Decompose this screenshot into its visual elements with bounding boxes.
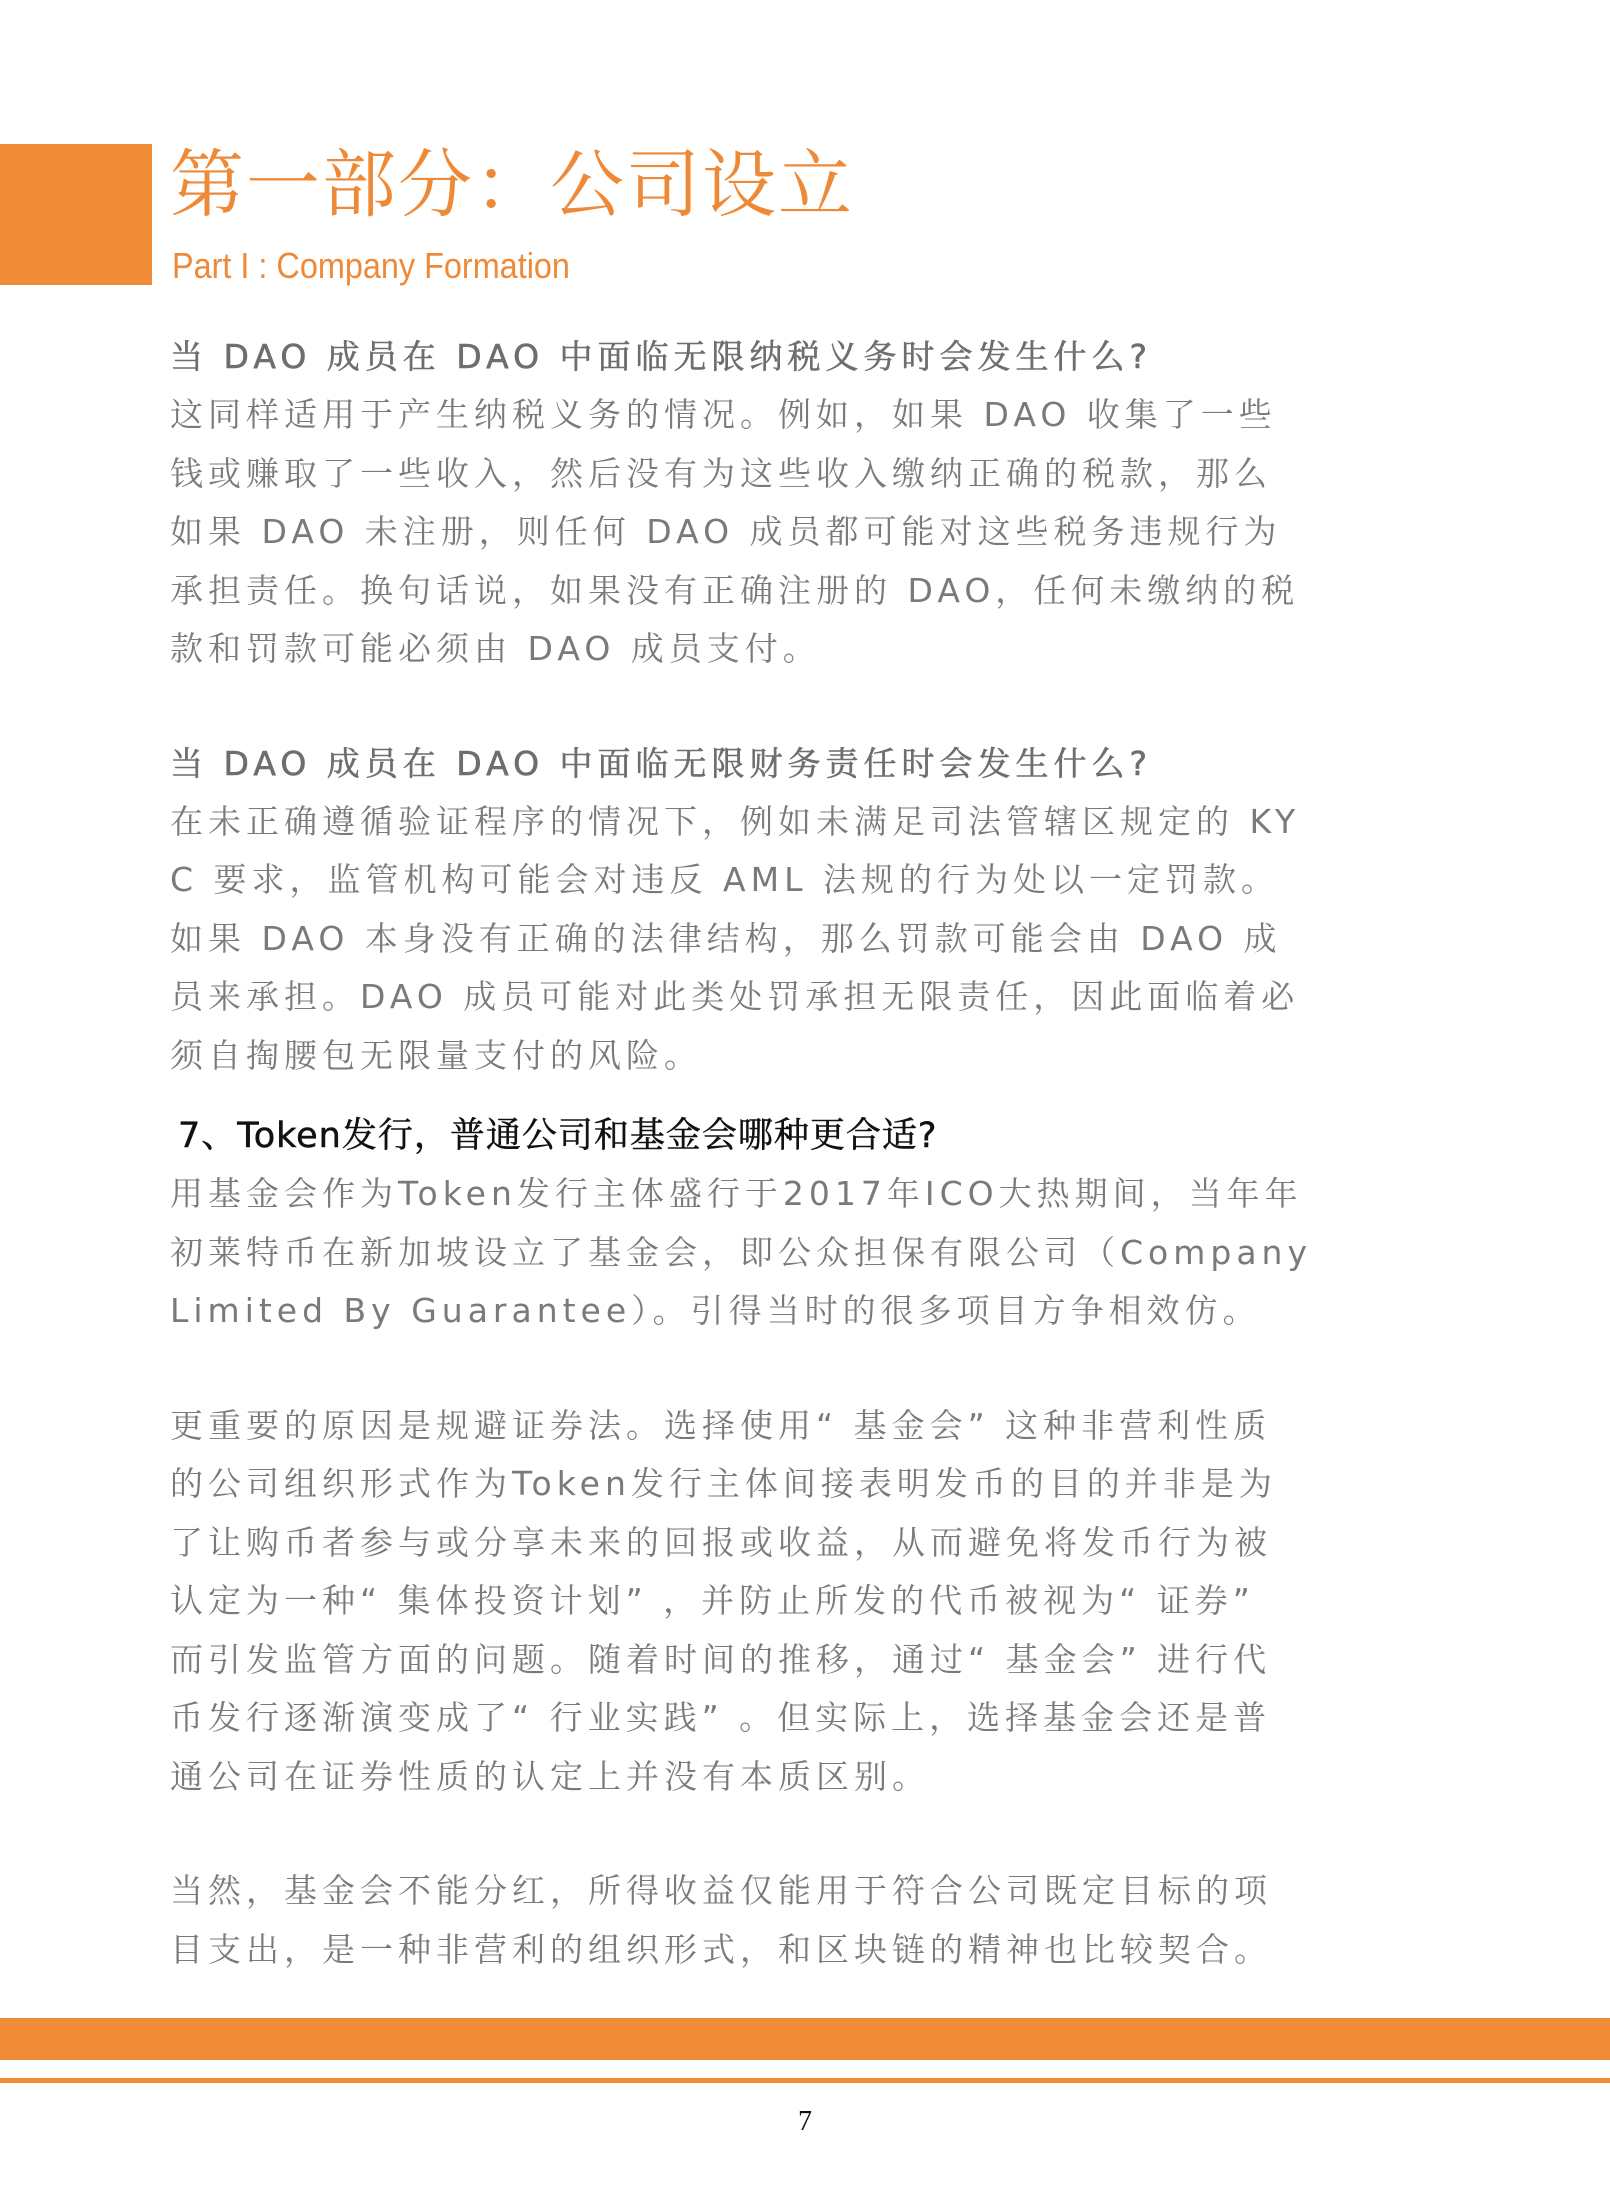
text-line: 的公司组织形式作为Token发行主体间接表明发币的目的并非是为 [170,1455,1470,1514]
paragraph-tax: 这同样适用于产生纳税义务的情况。例如，如果 DAO 收集了一些 钱或赚取了一些收… [170,386,1470,679]
text-line: 了让购币者参与或分享未来的回报或收益，从而避免将发币行为被 [170,1514,1470,1573]
text-line: 认定为一种“ 集体投资计划” ，并防止所发的代币被视为“ 证券” [170,1572,1470,1631]
text-line: Limited By Guarantee）。引得当时的很多项目方争相效仿。 [170,1282,1470,1341]
text-line: 目支出，是一种非营利的组织形式，和区块链的精神也比较契合。 [170,1921,1470,1980]
text-line: 钱或赚取了一些收入，然后没有为这些收入缴纳正确的税款，那么 [170,445,1470,504]
text-line: 在未正确遵循验证程序的情况下，例如未满足司法管辖区规定的 KY [170,793,1470,852]
footer-divider [0,2078,1610,2083]
text-line: 如果 DAO 本身没有正确的法律结构，那么罚款可能会由 DAO 成 [170,910,1470,969]
page-subtitle: Part I : Company Formation [172,244,570,288]
text-line: 初莱特币在新加坡设立了基金会，即公众担保有限公司（Company [170,1224,1470,1283]
text-line: C 要求，监管机构可能会对违反 AML 法规的行为处以一定罚款。 [170,851,1470,910]
paragraph-7-2: 更重要的原因是规避证券法。选择使用“ 基金会” 这种非营利性质 的公司组织形式作… [170,1397,1470,1807]
document-body: 当 DAO 成员在 DAO 中面临无限纳税义务时会发生什么? 这同样适用于产生纳… [170,328,1470,1979]
text-line: 而引发监管方面的问题。随着时间的推移，通过“ 基金会” 进行代 [170,1631,1470,1690]
text-line: 款和罚款可能必须由 DAO 成员支付。 [170,620,1470,679]
text-line: 这同样适用于产生纳税义务的情况。例如，如果 DAO 收集了一些 [170,386,1470,445]
question-heading-financial: 当 DAO 成员在 DAO 中面临无限财务责任时会发生什么? [170,735,1470,793]
question-heading-tax: 当 DAO 成员在 DAO 中面临无限纳税义务时会发生什么? [170,328,1470,386]
text-line: 须自掏腰包无限量支付的风险。 [170,1027,1470,1086]
text-line: 用基金会作为Token发行主体盛行于2017年ICO大热期间，当年年 [170,1165,1470,1224]
paragraph-7-3: 当然，基金会不能分红，所得收益仅能用于符合公司既定目标的项 目支出，是一种非营利… [170,1862,1470,1979]
text-line: 更重要的原因是规避证券法。选择使用“ 基金会” 这种非营利性质 [170,1397,1470,1456]
paragraph-financial: 在未正确遵循验证程序的情况下，例如未满足司法管辖区规定的 KY C 要求，监管机… [170,793,1470,1086]
header-accent-block [0,144,152,285]
text-line: 通公司在证券性质的认定上并没有本质区别。 [170,1748,1470,1807]
paragraph-7-1: 用基金会作为Token发行主体盛行于2017年ICO大热期间，当年年 初莱特币在… [170,1165,1470,1341]
footer-accent-bar [0,2018,1610,2060]
page-number: 7 [0,2106,1610,2138]
text-line: 承担责任。换句话说，如果没有正确注册的 DAO，任何未缴纳的税 [170,562,1470,621]
text-line: 币发行逐渐演变成了“ 行业实践” 。但实际上，选择基金会还是普 [170,1689,1470,1748]
text-line: 员来承担。DAO 成员可能对此类处罚承担无限责任，因此面临着必 [170,968,1470,1027]
text-line: 如果 DAO 未注册，则任何 DAO 成员都可能对这些税务违规行为 [170,503,1470,562]
page-title: 第一部分：公司设立 [170,140,854,230]
text-line: 当然，基金会不能分红，所得收益仅能用于符合公司既定目标的项 [170,1862,1470,1921]
section-7-heading: 7、Token发行，普通公司和基金会哪种更合适? [170,1107,1470,1165]
